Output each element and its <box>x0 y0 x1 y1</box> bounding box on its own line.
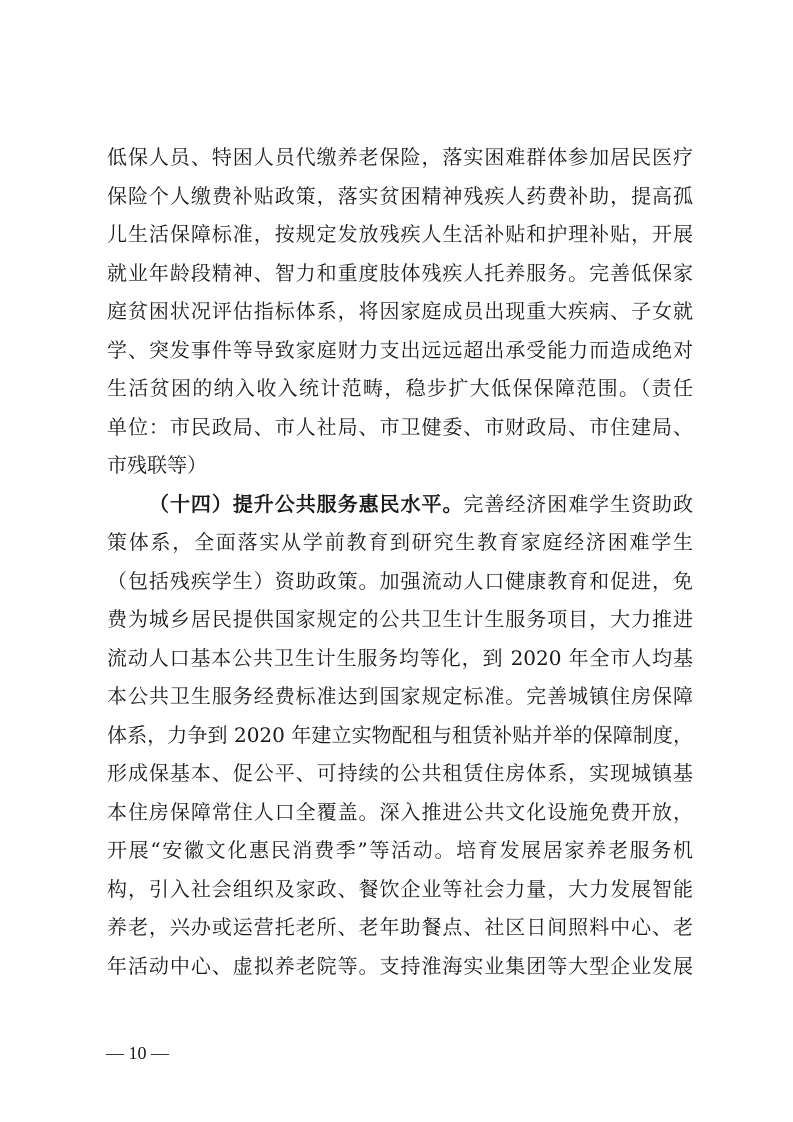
text-line: 体系，力争到 2020 年建立实物配租与租赁补贴并举的保障制度， <box>107 716 693 755</box>
text-line: 形成保基本、促公平、可持续的公共租赁住房体系，实现城镇基 <box>107 754 693 793</box>
body-text: 低保人员、特困人员代缴养老保险，落实困难群体参加居民医疗 保险个人缴费补贴政策，… <box>107 138 693 985</box>
text-line: 本住房保障常住人口全覆盖。深入推进公共文化设施免费开放， <box>107 793 693 832</box>
text-line: 学、突发事件等导致家庭财力支出远远超出承受能力而造成绝对 <box>107 331 693 370</box>
text-line: 市残联等） <box>107 446 693 485</box>
section-heading: （十四）提升公共服务惠民水平。 <box>149 492 463 516</box>
text-line: 本公共卫生服务经费标准达到国家规定标准。完善城镇住房保障 <box>107 677 693 716</box>
text-line: 庭贫困状况评估指标体系，将因家庭成员出现重大疾病、子女就 <box>107 292 693 331</box>
text-line: 构，引入社会组织及家政、餐饮企业等社会力量，大力发展智能 <box>107 870 693 909</box>
text-line: 就业年龄段精神、智力和重度肢体残疾人托养服务。完善低保家 <box>107 254 693 293</box>
text-line: 生活贫困的纳入收入统计范畴，稳步扩大低保保障范围。（责任 <box>107 369 693 408</box>
text-line: 儿生活保障标准，按规定发放残疾人生活补贴和护理补贴，开展 <box>107 215 693 254</box>
document-page: 低保人员、特困人员代缴养老保险，落实困难群体参加居民医疗 保险个人缴费补贴政策，… <box>0 0 793 1122</box>
text-line: 流动人口基本公共卫生计生服务均等化，到 2020 年全市人均基 <box>107 639 693 678</box>
text-line: 养老，兴办或运营托老所、老年助餐点、社区日间照料中心、老 <box>107 908 693 947</box>
text-line: 单位：市民政局、市人社局、市卫健委、市财政局、市住建局、 <box>107 408 693 447</box>
text-line: 费为城乡居民提供国家规定的公共卫生计生服务项目，大力推进 <box>107 600 693 639</box>
text-line: 低保人员、特困人员代缴养老保险，落实困难群体参加居民医疗 <box>107 138 693 177</box>
text-line: 年活动中心、虚拟养老院等。支持淮海实业集团等大型企业发展 <box>107 947 693 986</box>
text-line: 开展“安徽文化惠民消费季”等活动。培育发展居家养老服务机 <box>107 831 693 870</box>
text-span: 完善经济困难学生资助政 <box>463 492 693 516</box>
text-line: （包括残疾学生）资助政策。加强流动人口健康教育和促进，免 <box>107 562 693 601</box>
text-line: 策体系，全面落实从学前教育到研究生教育家庭经济困难学生 <box>107 523 693 562</box>
page-number: — 10 — <box>106 1043 169 1064</box>
text-line: 保险个人缴费补贴政策，落实贫困精神残疾人药费补助，提高孤 <box>107 177 693 216</box>
section-heading-line: （十四）提升公共服务惠民水平。完善经济困难学生资助政 <box>107 485 693 524</box>
